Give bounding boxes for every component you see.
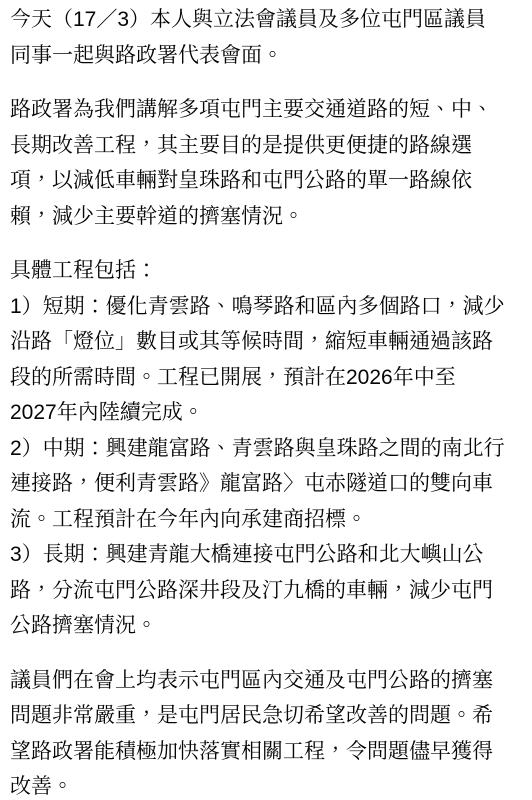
text-line: 2）中期：興建龍富路、青雲路與皇珠路之間的南北行 [10, 431, 522, 467]
text-line: 2027年內陸續完成。 [10, 395, 522, 431]
text-line: 1）短期：優化青雲路、鳴琴路和區內多個路口，減少 [10, 289, 522, 325]
text-line: 公路擠塞情況。 [10, 608, 522, 644]
text-line: 路，分流屯門公路深井段及汀九橋的車輛，減少屯門 [10, 573, 522, 609]
paragraph-councillors-remarks: 議員們在會上均表示屯門區內交通及屯門公路的擠塞 問題非常嚴重，是屯門居民急切希望… [10, 663, 522, 800]
text-line: 3）長期：興建青龍大橋連接屯門公路和北大嶼山公 [10, 537, 522, 573]
text-line: 今天（17／3）本人與立法會議員及多位屯門區議員 [10, 2, 522, 38]
text-line: 路政署為我們講解多項屯門主要交通道路的短、中、 [10, 92, 522, 128]
text-line: 改善。 [10, 769, 522, 800]
text-line: 賴，減少主要幹道的擠塞情況。 [10, 199, 522, 235]
text-line: 望路政署能積極加快落實相關工程，令問題儘早獲得 [10, 734, 522, 770]
paragraph-briefing-overview: 路政署為我們講解多項屯門主要交通道路的短、中、 長期改善工程，其主要目的是提供更… [10, 92, 522, 234]
text-line: 問題非常嚴重，是屯門居民急切希望改善的問題。希 [10, 698, 522, 734]
text-line: 段的所需時間。工程已開展，預計在2026年中至 [10, 360, 522, 396]
text-line: 流。工程預計在今年內向承建商招標。 [10, 502, 522, 538]
post-text: 今天（17／3）本人與立法會議員及多位屯門區議員 同事一起與路政署代表會面。 路… [0, 0, 532, 800]
text-line: 同事一起與路政署代表會面。 [10, 38, 522, 74]
text-line: 具體工程包括： [10, 253, 522, 289]
text-line: 議員們在會上均表示屯門區內交通及屯門公路的擠塞 [10, 663, 522, 699]
text-line: 沿路「燈位」數目或其等候時間，縮短車輛通過該路 [10, 324, 522, 360]
text-line: 長期改善工程，其主要目的是提供更便捷的路線選 [10, 128, 522, 164]
paragraph-project-list: 具體工程包括： 1）短期：優化青雲路、鳴琴路和區內多個路口，減少 沿路「燈位」數… [10, 253, 522, 644]
text-line: 連接路，便利青雲路》龍富路〉屯赤隧道口的雙向車 [10, 466, 522, 502]
text-line: 項，以減低車輛對皇珠路和屯門公路的單一路線依 [10, 163, 522, 199]
paragraph-meeting-intro: 今天（17／3）本人與立法會議員及多位屯門區議員 同事一起與路政署代表會面。 [10, 2, 522, 73]
